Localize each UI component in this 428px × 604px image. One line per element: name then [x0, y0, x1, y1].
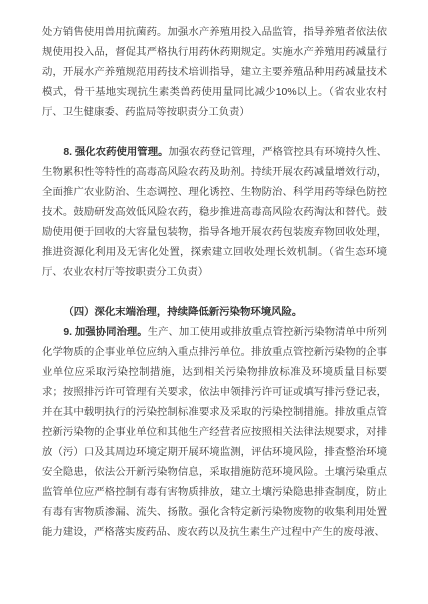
bold-text-run: 8. 强化农药使用管理。	[63, 147, 168, 158]
numbered-item-9: 9. 加强协同治理。生产、加工使用或排放重点管控新污染物清单中所列化学物质的企事…	[42, 323, 387, 543]
document-page: 处方销售使用兽用抗菌药。加强水产养殖用投入品监管，指导养殖者依法依规使用投入品，…	[0, 0, 428, 604]
text-run: 加强农药登记管理，严格管控具有环境持久性、生物累积性等特性的高毒高风险农药及助剂…	[42, 147, 387, 278]
body-paragraph-continuation: 处方销售使用兽用抗菌药。加强水产养殖用投入品监管，指导养殖者依法依规使用投入品，…	[42, 23, 387, 123]
bold-text-run: （四）深化末端治理，持续降低新污染物环境风险。	[63, 307, 302, 318]
section-heading-4: （四）深化末端治理，持续降低新污染物环境风险。	[42, 303, 387, 323]
bold-text-run: 9. 加强协同治理。	[63, 327, 147, 338]
document-body: 处方销售使用兽用抗菌药。加强水产养殖用投入品监管，指导养殖者依法依规使用投入品，…	[42, 23, 387, 543]
text-run: 处方销售使用兽用抗菌药。加强水产养殖用投入品监管，指导养殖者依法依规使用投入品，…	[42, 27, 387, 118]
text-run: 生产、加工使用或排放重点管控新污染物清单中所列化学物质的企事业单位应纳入重点排污…	[42, 327, 387, 538]
numbered-item-8: 8. 强化农药使用管理。加强农药登记管理，严格管控具有环境持久性、生物累积性等特…	[42, 143, 387, 283]
